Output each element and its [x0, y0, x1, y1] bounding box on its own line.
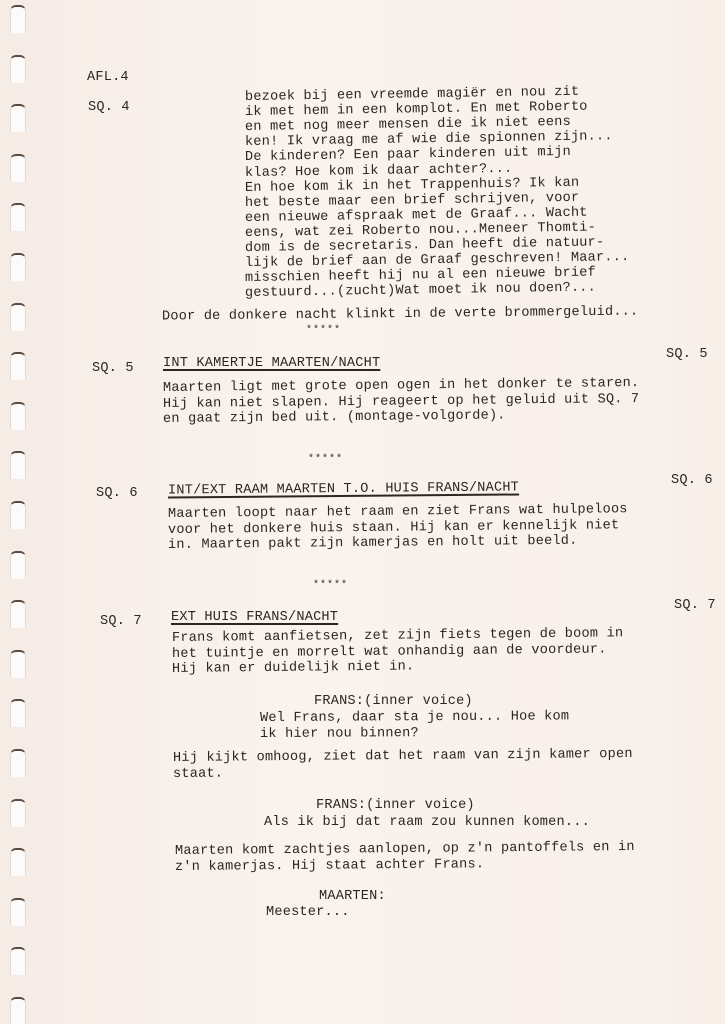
sq7-dialogue-3: Meester...	[266, 905, 350, 920]
binding-hole	[10, 303, 26, 331]
sq7-heading: EXT HUIS FRANS/NACHT	[171, 610, 338, 625]
text-line: Hij kijkt omhoog, ziet dat het raam van …	[173, 747, 633, 766]
binding-hole	[10, 799, 26, 827]
text-line: z'n kamerjas. Hij staat achter Frans.	[175, 857, 484, 875]
separator: *****	[308, 452, 343, 467]
text-line: staat.	[173, 766, 223, 781]
text-line: en gaat zijn bed uit. (montage-volgorde)…	[163, 408, 506, 427]
episode-label: AFL.4	[87, 70, 129, 85]
text-line: ik hier nou binnen?	[260, 726, 419, 742]
binding-hole	[10, 104, 26, 132]
sq6-heading: INT/EXT RAAM MAARTEN T.O. HUIS FRANS/NAC…	[168, 480, 519, 498]
binding-hole	[10, 203, 26, 231]
text-line: De kinderen? Een paar kinderen uit mijn	[245, 145, 571, 165]
binding-hole	[10, 154, 26, 182]
binding-hole	[10, 947, 26, 975]
script-page: AFL.4 SQ. 4 bezoek bij een vreemde magië…	[0, 0, 725, 1024]
binding-hole	[10, 402, 26, 430]
character-frans-2: FRANS:(inner voice)	[316, 798, 475, 813]
binding-hole	[10, 848, 26, 876]
sq6-label: SQ. 6	[96, 486, 138, 501]
binding-hole	[10, 501, 26, 529]
sq6-margin-label: SQ. 6	[671, 473, 713, 488]
text-line: Wel Frans, daar sta je nou... Hoe kom	[260, 709, 569, 726]
binding-hole	[10, 600, 26, 628]
sq7-margin-label: SQ. 7	[674, 598, 716, 613]
binding-hole	[10, 5, 26, 33]
binding-hole	[10, 650, 26, 678]
separator: *****	[306, 323, 341, 338]
sq7-label: SQ. 7	[100, 614, 142, 629]
text-line: in. Maarten pakt zijn kamerjas en holt u…	[168, 534, 578, 553]
text-line: Maarten komt zachtjes aanlopen, op z'n p…	[175, 840, 635, 859]
binding-hole	[10, 749, 26, 777]
binding-hole	[10, 551, 26, 579]
sq5-heading: INT KAMERTJE MAARTEN/NACHT	[163, 356, 380, 371]
sq5-label: SQ. 5	[92, 361, 134, 376]
sq5-margin-label: SQ. 5	[666, 347, 708, 362]
binding-hole	[10, 55, 26, 83]
sq4-label: SQ. 4	[88, 100, 130, 115]
sq4-action: Door de donkere nacht klinkt in de verte…	[162, 305, 639, 325]
sq7-dialogue-2: Als ik bij dat raam zou kunnen komen...	[264, 815, 590, 830]
binding-hole	[10, 997, 26, 1024]
binding-hole	[10, 352, 26, 380]
separator: *****	[313, 578, 348, 593]
binding-hole	[10, 253, 26, 281]
character-maarten: MAARTEN:	[319, 889, 386, 904]
character-frans-1: FRANS:(inner voice)	[314, 694, 473, 709]
binding-hole	[10, 451, 26, 479]
text-line: Hij kan er duidelijk niet in.	[172, 659, 415, 677]
binding-hole	[10, 699, 26, 727]
binding-hole	[10, 898, 26, 926]
binding-holes	[10, 0, 34, 1024]
